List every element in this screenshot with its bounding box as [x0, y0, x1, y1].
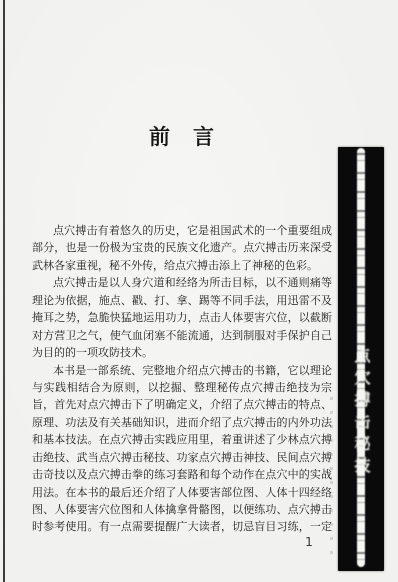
book-page: 前 言 点穴搏击有着悠久的历史，它是祖国武术的一个重要组成部分，也是一份极为宝贵… — [0, 0, 398, 582]
text-line: 时参考使用。有一点需要提醒广大读者，切忌盲目习练，一定 — [32, 518, 332, 535]
page-left-edge-line — [3, 0, 5, 582]
text-line: 旨，首先对点穴搏击下了明确定义，介绍了点穴搏击的特点、 — [32, 396, 332, 413]
text-line: 对方营卫之气，使气血闭塞不能流通，达到制服对手保护自己 — [32, 327, 332, 344]
book-spine: 点穴搏击秘技 — [338, 147, 384, 571]
text-line: 点穴搏击有着悠久的历史，它是祖国武术的一个重要组成 — [32, 222, 332, 239]
text-line: 和基本技法。在点穴搏击实践应用里，着重讲述了少林点穴搏 — [32, 431, 332, 448]
text-line: 理论为依据，施点、戳、打、拿、踢等不同手法，用迅雷不及 — [32, 292, 332, 309]
body-text: 点穴搏击有着悠久的历史，它是祖国武术的一个重要组成部分，也是一份极为宝贵的民族文… — [32, 222, 332, 536]
text-line: 图、人体要害穴位图和人体擒拿骨骼图，以便练功、点穴搏击 — [32, 501, 332, 518]
text-line: 击奇技以及点穴搏击拳的练习套路和每个动作在点穴中的实战 — [32, 466, 332, 483]
text-line: 为目的的一项攻防技术。 — [32, 344, 332, 361]
page-edge-marks — [330, 392, 333, 564]
text-line: 部分，也是一份极为宝贵的民族文化遗产。点穴搏击历来深受 — [32, 239, 332, 256]
page-number: 1 — [298, 534, 320, 550]
spine-title-vertical: 点穴搏击秘技 — [338, 347, 384, 565]
text-line: 击绝技、武当点穴搏击秘技、功家点穴搏击神技、民间点穴搏 — [32, 449, 332, 466]
page-title: 前 言 — [32, 124, 332, 150]
text-line: 本书是一部系统、完整地介绍点穴搏击的书籍，它以理论 — [32, 362, 332, 379]
text-line: 掩耳之势，急脆快猛地运用功力，点击人体要害穴位，以截断 — [32, 309, 332, 326]
text-line: 用法。在本书的最后还介绍了人体要害部位图、人体十四经络 — [32, 484, 332, 501]
text-line: 武林各家重视，秘不外传，给点穴搏击添上了神秘的色彩。 — [32, 257, 332, 274]
text-line: 点穴搏击是以人身穴道和经络为所击目标，以不通则痛等 — [32, 274, 332, 291]
text-line: 与实践相结合为原则，以挖掘、整理秘传点穴搏击绝技为宗 — [32, 379, 332, 396]
text-line: 原理、功法及有关基础知识，进而介绍了点穴搏击的内外功法 — [32, 414, 332, 431]
